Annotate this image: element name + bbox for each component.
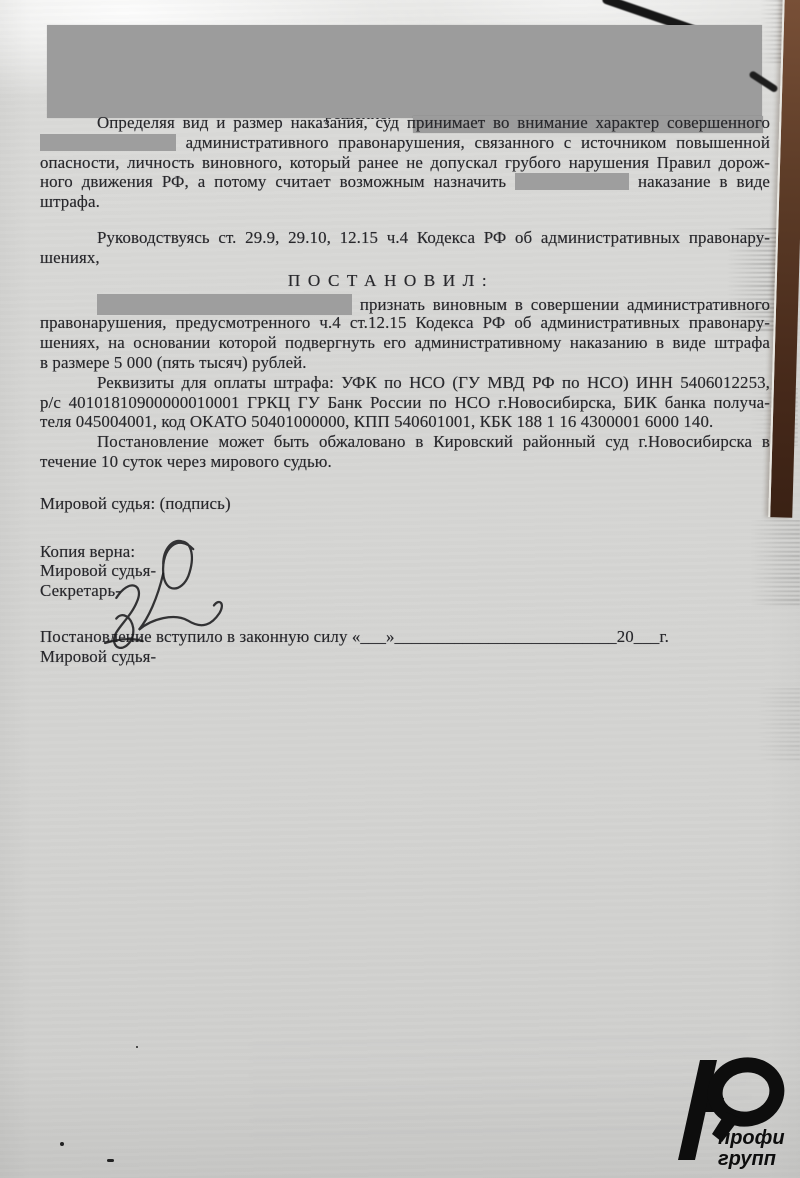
ink-smudge bbox=[756, 688, 800, 762]
text-line: шениях, bbox=[40, 248, 770, 268]
text-line: Реквизиты для оплаты штрафа: УФК по НСО … bbox=[40, 373, 770, 393]
text-line: правонарушения, предусмотренного ч.4 ст.… bbox=[40, 313, 770, 333]
text-line: течение 10 суток через мирового судью. bbox=[40, 452, 770, 472]
text-line: опасности, личность виновного, который р… bbox=[40, 153, 770, 173]
text-line: Определяя вид и размер наказания, суд пр… bbox=[40, 113, 770, 133]
logo-text-line1: профи bbox=[718, 1127, 785, 1149]
text-line-part: наказание в виде bbox=[638, 172, 770, 191]
resolution-heading: ПОСТАНОВИЛ: bbox=[26, 271, 756, 291]
text-line: ного движения РФ, а потому считает возмо… bbox=[40, 172, 770, 192]
law-firm-logo: профи групп bbox=[670, 1054, 788, 1176]
ink-speck bbox=[107, 1159, 114, 1162]
redaction-block-name bbox=[97, 294, 352, 315]
paragraph-appeal: Постановление может быть обжаловано в Ки… bbox=[40, 432, 770, 472]
text-line: р/с 40101810900000010001 ГРКЦ ГУ Банк Ро… bbox=[40, 393, 770, 413]
signature-stroke bbox=[105, 639, 143, 643]
logo-text-line2: групп bbox=[718, 1148, 776, 1170]
text-line: административного правонарушения, связан… bbox=[40, 133, 770, 153]
text-line-part: административного правонарушения, связан… bbox=[186, 133, 770, 152]
text-line: Руководствуясь ст. 29.9, 29.10, 12.15 ч.… bbox=[40, 228, 770, 248]
text-line: теля 045004001, код ОКАТО 50401000000, К… bbox=[40, 412, 770, 432]
redaction-block-inline bbox=[515, 173, 629, 190]
text-line: Постановление может быть обжаловано в Ки… bbox=[40, 432, 770, 452]
text-line-part: признать виновным в совершении администр… bbox=[360, 295, 770, 314]
text-line: в размере 5 000 (пять тысяч) рублей. bbox=[40, 353, 770, 373]
handwritten-signatures bbox=[86, 536, 278, 658]
ink-smudge bbox=[750, 520, 800, 608]
paragraph-guided-by: Руководствуясь ст. 29.9, 29.10, 12.15 ч.… bbox=[40, 228, 770, 268]
text-line: шениях, на основании которой подвергнуть… bbox=[40, 333, 770, 353]
ink-speck bbox=[136, 1046, 138, 1048]
signature-stroke bbox=[163, 541, 193, 589]
ink-speck bbox=[60, 1142, 64, 1146]
paragraph-verdict: признать виновным в совершении администр… bbox=[40, 294, 770, 373]
text-line-part: ного движения РФ, а потому считает возмо… bbox=[40, 172, 506, 191]
text-line: признать виновным в совершении администр… bbox=[40, 294, 770, 314]
judge-signature-line: Мировой судья: (подпись) bbox=[40, 494, 770, 514]
redaction-block-top bbox=[47, 25, 762, 118]
paragraph-penalty: Определяя вид и размер наказания, суд пр… bbox=[40, 113, 770, 212]
redaction-block-inline bbox=[40, 134, 176, 151]
paragraph-payment-details: Реквизиты для оплаты штрафа: УФК по НСО … bbox=[40, 373, 770, 432]
text-line: штрафа. bbox=[40, 192, 770, 212]
signature-stroke bbox=[139, 574, 222, 630]
